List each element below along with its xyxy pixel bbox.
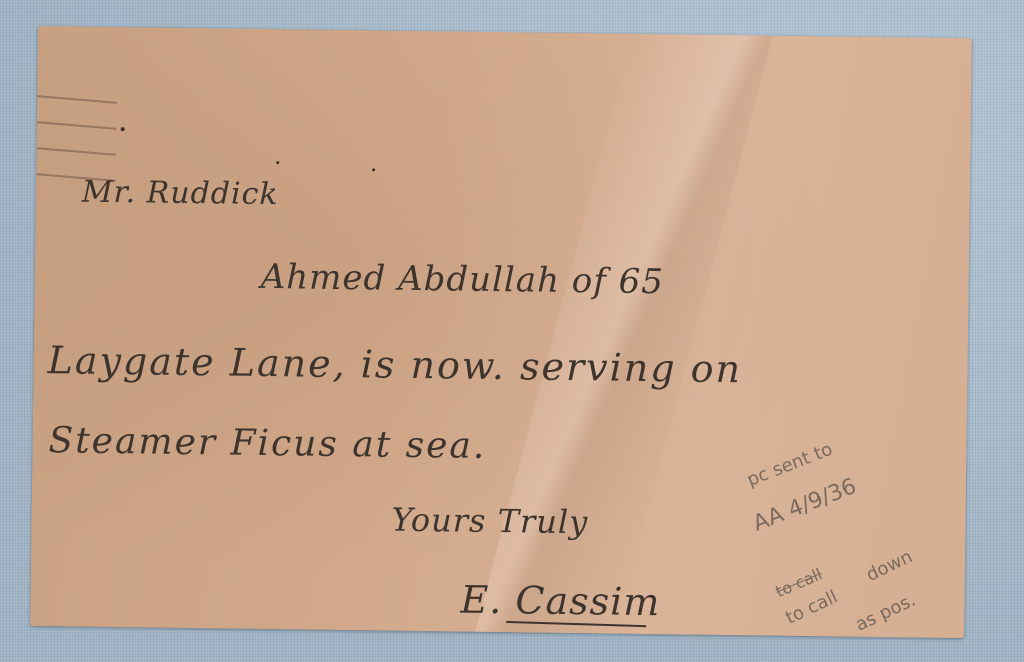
- addressee: Mr. Ruddick: [82, 175, 279, 213]
- body-line-2: Steamer Ficus at sea.: [48, 420, 486, 467]
- signature: E. Cassim: [460, 578, 660, 625]
- pencil-note-6: as pos.: [852, 590, 919, 636]
- ink-spot: [372, 168, 375, 171]
- ink-spot: [121, 127, 125, 131]
- pencil-note-5: down: [863, 546, 916, 586]
- pencil-note-1: pc sent to: [744, 439, 835, 491]
- ink-spot: [276, 161, 279, 164]
- subject-line: Ahmed Abdullah of 65: [260, 257, 664, 302]
- body-line-1: Laygate Lane, is now. serving on: [47, 338, 742, 391]
- postcard: Mr. Ruddick Ahmed Abdullah of 65 Laygate…: [30, 26, 972, 638]
- card-crease: [475, 34, 772, 634]
- closing: Yours Truly: [391, 501, 588, 542]
